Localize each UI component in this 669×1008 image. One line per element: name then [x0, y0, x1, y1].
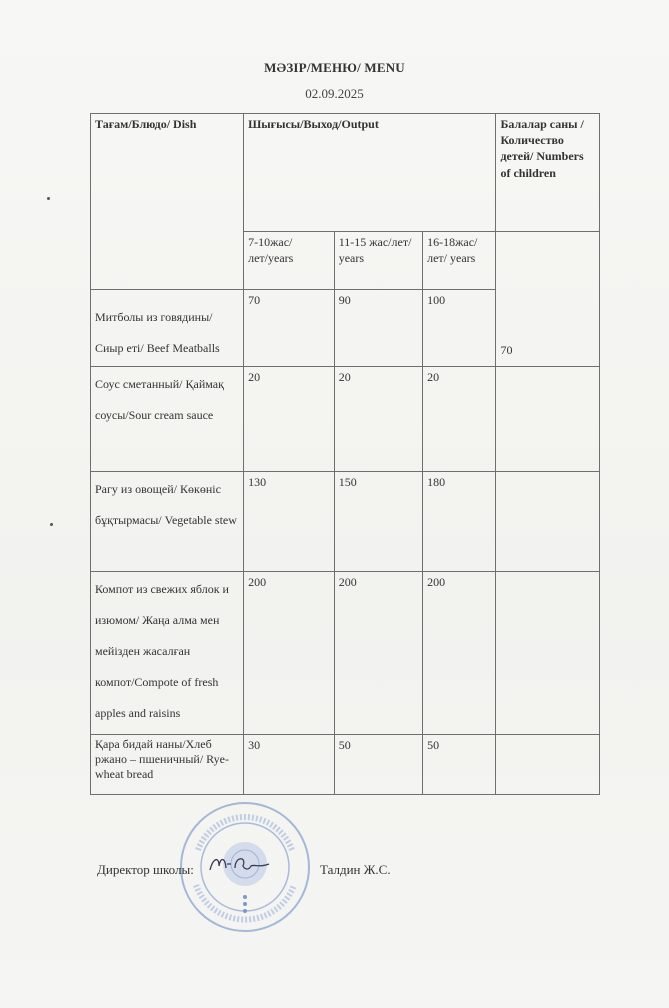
dish-name: Компот из свежих яблок и изюмом/ Жаңа ал… [91, 572, 244, 735]
portion-7-10: 20 [244, 367, 335, 472]
header-dish: Тағам/Блюдо/ Dish [91, 114, 244, 290]
director-label: Директор школы: [97, 862, 194, 878]
children-empty-cell [496, 367, 600, 472]
menu-table: Тағам/Блюдо/ Dish Шығысы/Выход/Output Ба… [90, 113, 600, 795]
portion-16-18: 20 [423, 367, 496, 472]
document-date: 02.09.2025 [0, 86, 669, 102]
dish-name: Соус сметанный/ Қаймақ соусы/Sour cream … [91, 367, 244, 472]
portion-11-15: 20 [334, 367, 422, 472]
children-empty-cell [496, 735, 600, 795]
table-row: Соус сметанный/ Қаймақ соусы/Sour cream … [91, 367, 600, 472]
table-row: Компот из свежих яблок и изюмом/ Жаңа ал… [91, 572, 600, 735]
header-children: Балалар саны /Количество детей/ Numbers … [496, 114, 600, 232]
header-age-11-15: 11-15 жас/лет/ years [334, 232, 422, 290]
table-header-row: Тағам/Блюдо/ Dish Шығысы/Выход/Output Ба… [91, 114, 600, 232]
portion-7-10: 30 [244, 735, 335, 795]
signature-icon [205, 850, 275, 880]
table-row: Қара бидай наны/Хлеб ржано – пшеничный/ … [91, 735, 600, 795]
speck-mark [47, 197, 50, 200]
header-age-16-18: 16-18жас/лет/ years [423, 232, 496, 290]
children-count: 70 [496, 232, 600, 367]
portion-11-15: 200 [334, 572, 422, 735]
dish-name: Қара бидай наны/Хлеб ржано – пшеничный/ … [91, 735, 244, 795]
portion-7-10: 130 [244, 472, 335, 572]
portion-16-18: 200 [423, 572, 496, 735]
director-name: Талдин Ж.С. [320, 862, 391, 878]
portion-16-18: 180 [423, 472, 496, 572]
header-age-7-10: 7-10жас/лет/years [244, 232, 335, 290]
dish-name: Рагу из овощей/ Көкөніс бұқтырмасы/ Vege… [91, 472, 244, 572]
speck-mark [50, 523, 53, 526]
children-empty-cell [496, 472, 600, 572]
portion-7-10: 70 [244, 290, 335, 367]
portion-16-18: 100 [423, 290, 496, 367]
children-empty-cell [496, 572, 600, 735]
portion-16-18: 50 [423, 735, 496, 795]
dish-name: Митболы из говядины/ Сиыр еті/ Beef Meat… [91, 290, 244, 367]
portion-7-10: 200 [244, 572, 335, 735]
header-output: Шығысы/Выход/Output [244, 114, 496, 232]
document-title: МӘЗІР/МЕНЮ/ MENU [0, 60, 669, 76]
table-row: Рагу из овощей/ Көкөніс бұқтырмасы/ Vege… [91, 472, 600, 572]
portion-11-15: 150 [334, 472, 422, 572]
portion-11-15: 90 [334, 290, 422, 367]
portion-11-15: 50 [334, 735, 422, 795]
